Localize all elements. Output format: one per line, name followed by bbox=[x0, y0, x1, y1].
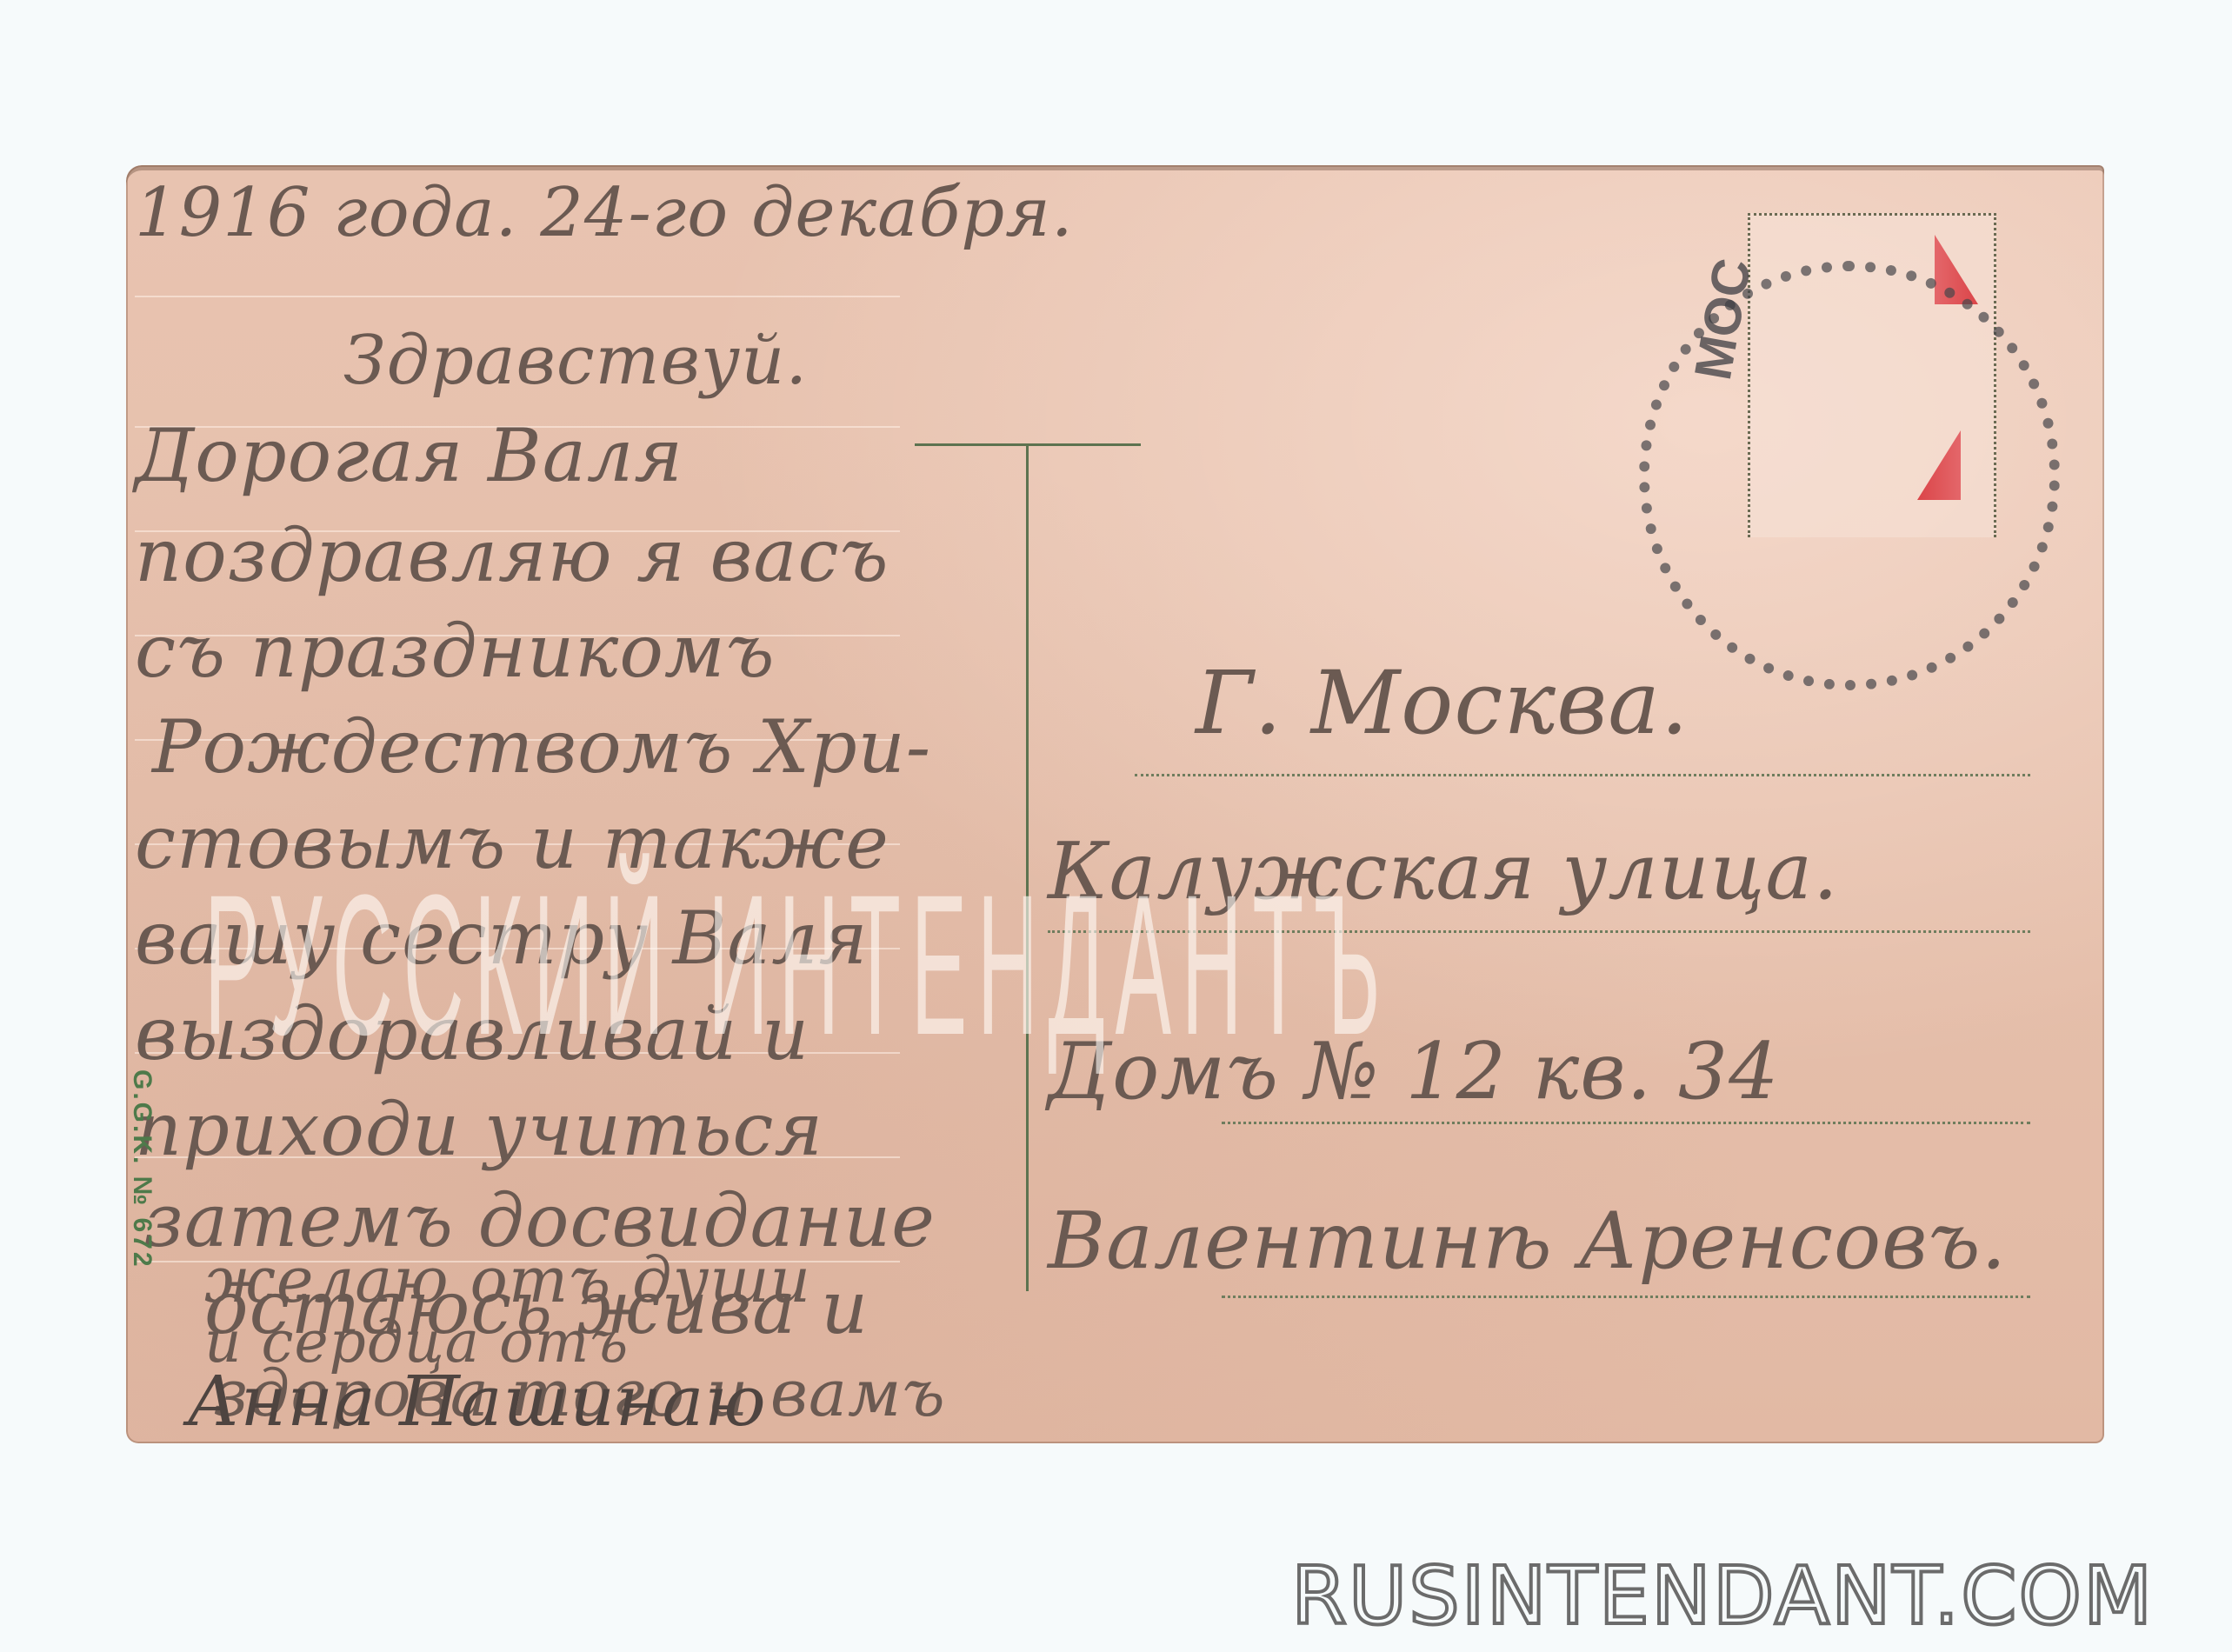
site-watermark: RUSINTENDANT.COM bbox=[1291, 1549, 2154, 1642]
message-line: Дорогая Валя bbox=[135, 413, 683, 498]
message-line: желаю отъ души bbox=[204, 1243, 811, 1316]
greeting: Здравствуй. bbox=[343, 322, 808, 400]
ruled-line bbox=[135, 296, 900, 297]
address-recipient: Валентинѣ Аренсовъ. bbox=[1048, 1196, 2007, 1287]
message-line: поздравляю я васъ bbox=[135, 513, 889, 598]
message-line: Рождествомъ Хри- bbox=[152, 704, 931, 789]
date-line: 1916 года. 24-го декабря. bbox=[135, 174, 1074, 252]
card-watermark: РУССКИЙ ИНТЕНДАНТЪ bbox=[204, 865, 1390, 1065]
address-line bbox=[1222, 1122, 2030, 1124]
address-city: Г. Москва. bbox=[1196, 652, 1689, 754]
printer-mark: G.G.K. № 672 bbox=[127, 1069, 157, 1269]
message-line: съ праздникомъ bbox=[135, 609, 776, 694]
address-line bbox=[1222, 1296, 2030, 1298]
address-line bbox=[1135, 774, 2030, 776]
signature: Анна Пашинаю bbox=[187, 1361, 767, 1442]
message-line: приходи учиться bbox=[135, 1087, 823, 1172]
